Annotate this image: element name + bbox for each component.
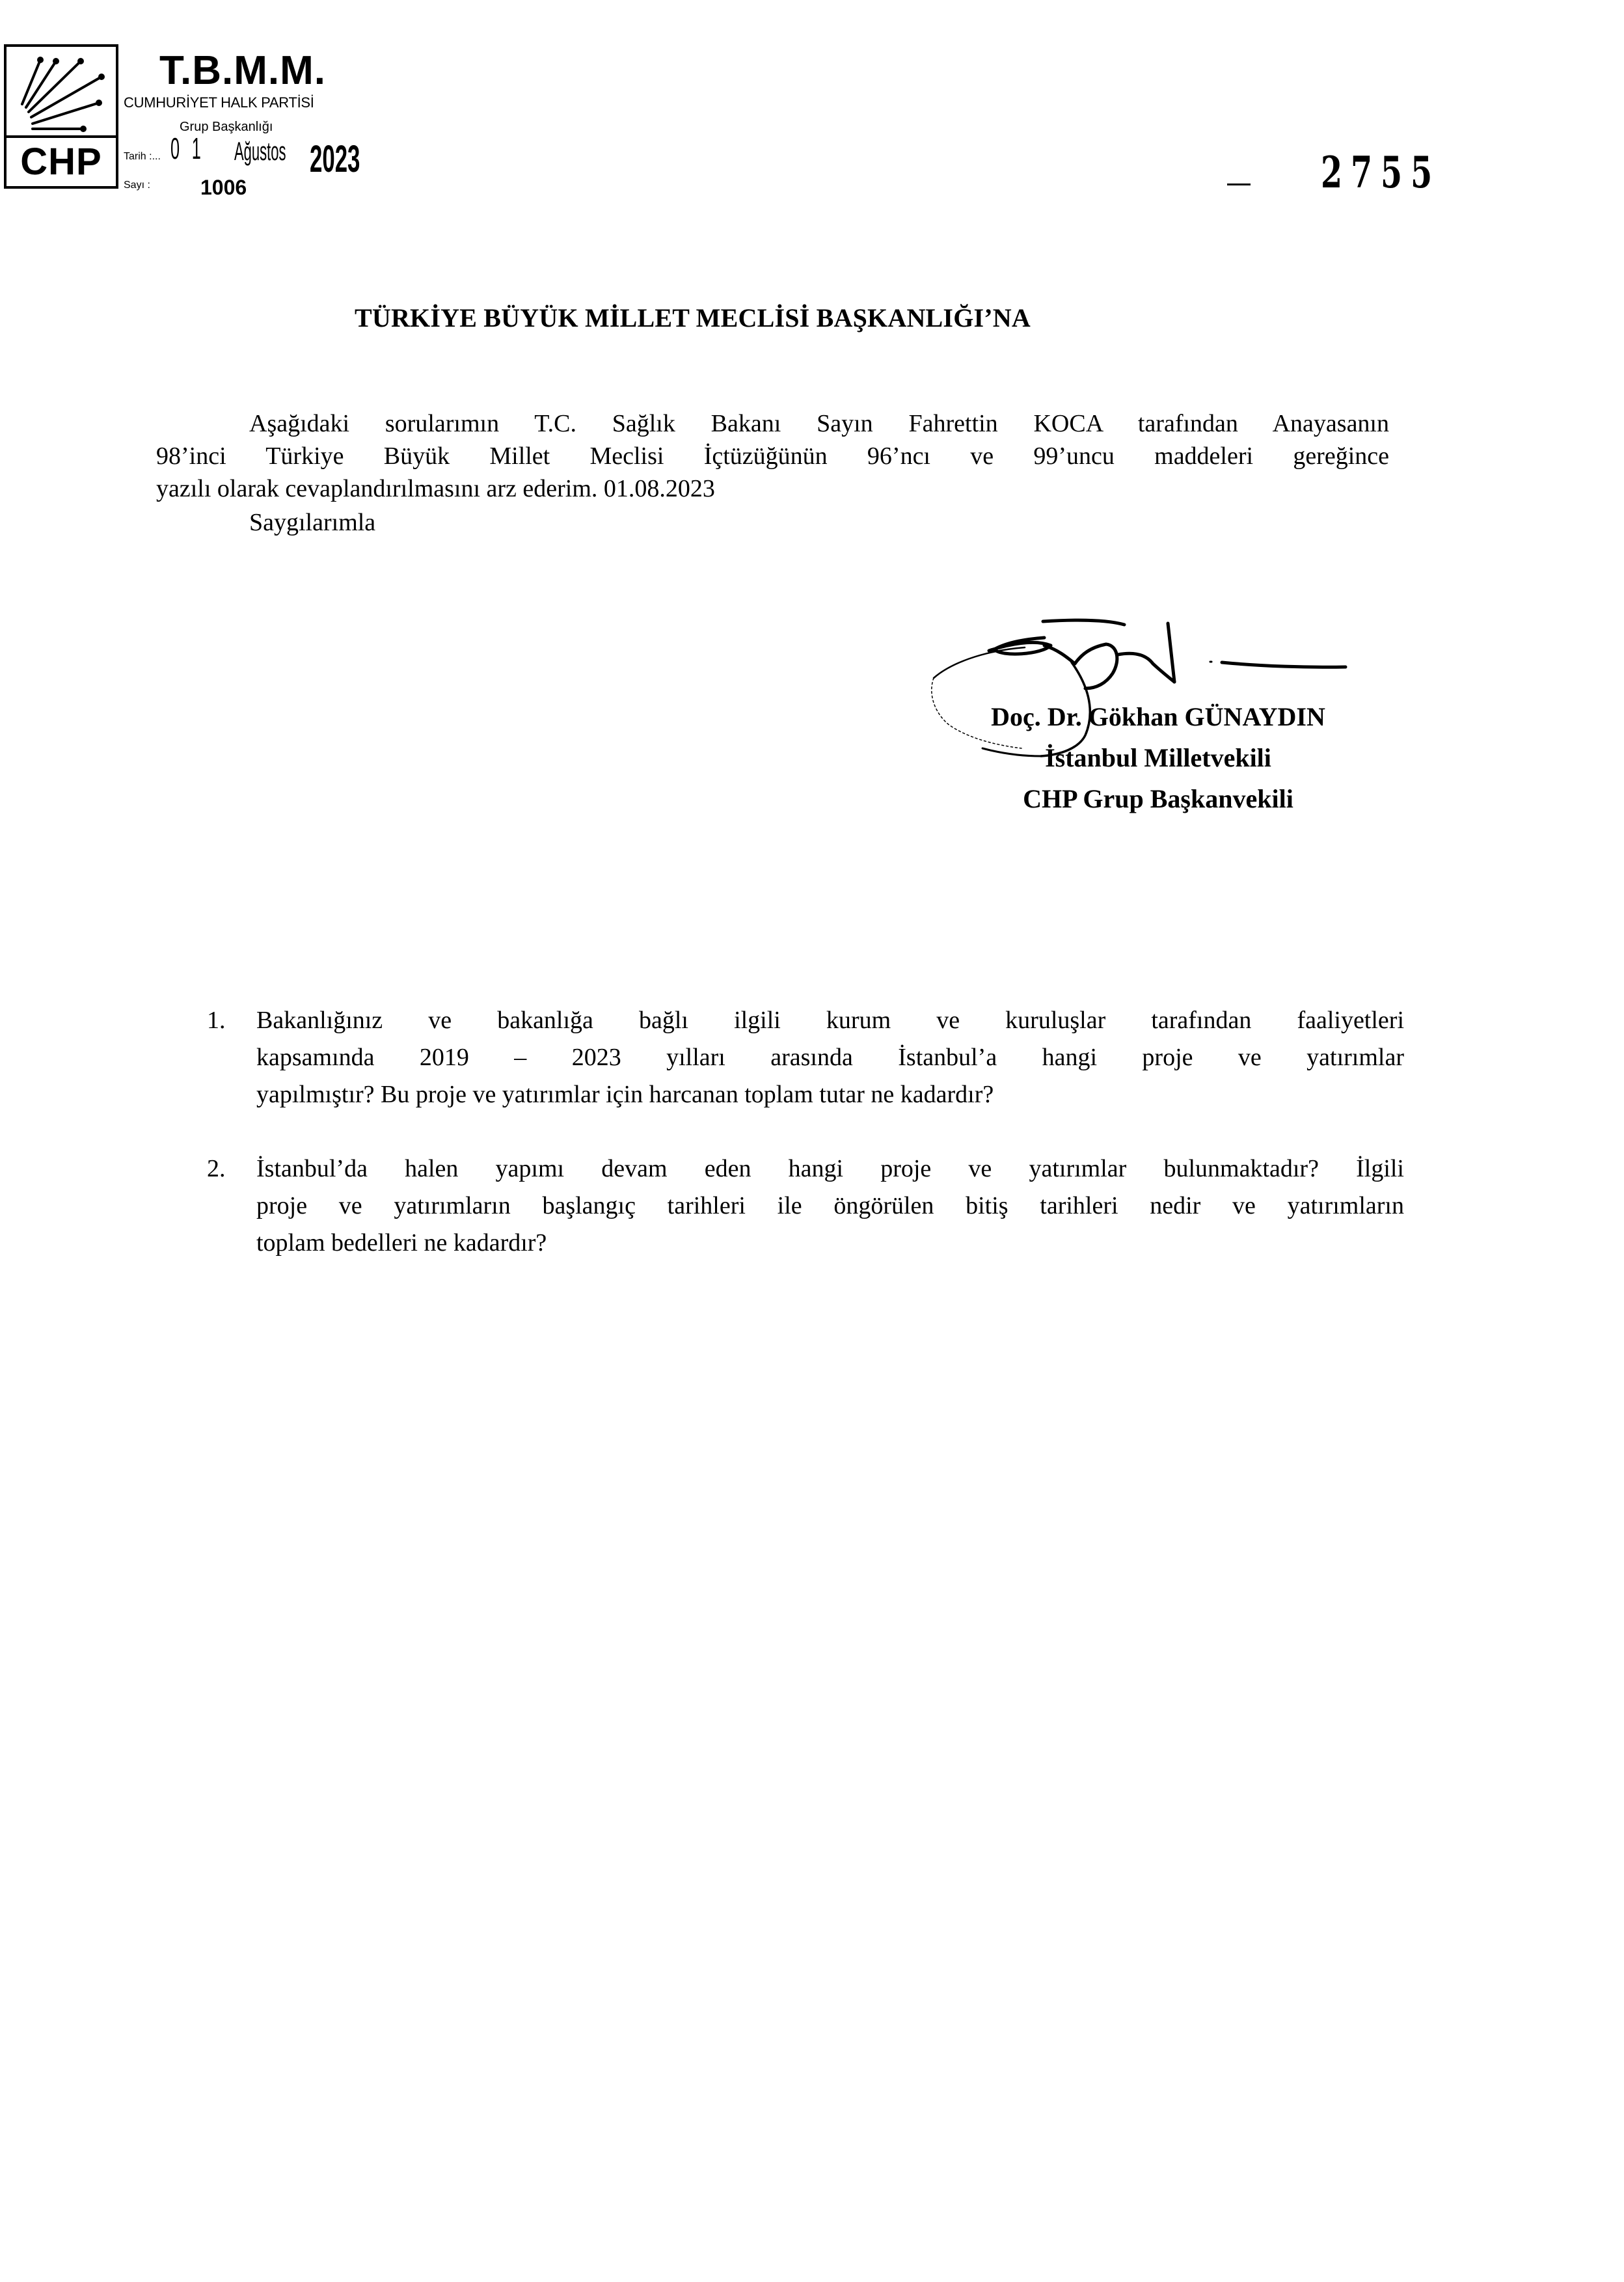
body-paragraph: Aşağıdaki sorularımın T.C. Sağlık Bakanı… (156, 407, 1389, 505)
registration-dash (1227, 183, 1251, 185)
registration-number: 2755 (1321, 151, 1441, 194)
stamp-institution: T.B.M.M. (159, 51, 326, 91)
stamp-number-value: 1006 (200, 177, 247, 198)
chp-logo: CHP (4, 44, 118, 189)
question-line: proje ve yatırımların başlangıç tarihler… (256, 1188, 1404, 1225)
closing-salutation: Saygılarımla (249, 506, 375, 539)
stamp-date-month: Ağustos (234, 138, 286, 165)
logo-emblem (7, 47, 116, 138)
question-line: toplam bedelleri ne kadardır? (256, 1225, 1404, 1262)
stamp-party-name: CUMHURİYET HALK PARTİSİ (124, 95, 314, 111)
question-line: İstanbul’da halen yapımı devam eden hang… (256, 1150, 1404, 1188)
stamp-date-label: Tarih :... (124, 151, 161, 163)
chp-six-arrows-icon (7, 47, 116, 135)
signatory-name: Doç. Dr. Gökhan GÜNAYDIN (930, 696, 1386, 737)
question-number: 1. (207, 1002, 226, 1039)
body-line: Aşağıdaki sorularımın T.C. Sağlık Bakanı… (156, 407, 1389, 440)
signatory-title: CHP Grup Başkanvekili (930, 778, 1386, 819)
logo-text: CHP (7, 138, 116, 186)
question-line: kapsamında 2019 – 2023 yılları arasında … (256, 1039, 1404, 1076)
question-line: yapılmıştır? Bu proje ve yatırımlar için… (256, 1076, 1404, 1113)
question-item: 1. Bakanlığınız ve bakanlığa bağlı ilgil… (207, 1002, 1404, 1113)
signature-block: Doç. Dr. Gökhan GÜNAYDIN İstanbul Millet… (930, 696, 1386, 819)
question-list: 1. Bakanlığınız ve bakanlığa bağlı ilgil… (207, 1002, 1404, 1299)
stamp-date-day: 01 (170, 133, 213, 164)
signatory-role: İstanbul Milletvekili (930, 737, 1386, 778)
stamp-date-year: 2023 (310, 141, 360, 178)
body-line: 98’inci Türkiye Büyük Millet Meclisi İçt… (156, 440, 1389, 472)
question-line: Bakanlığınız ve bakanlığa bağlı ilgili k… (256, 1002, 1404, 1039)
question-item: 2. İstanbul’da halen yapımı devam eden h… (207, 1150, 1404, 1262)
body-line: yazılı olarak cevaplandırılmasını arz ed… (156, 472, 1389, 505)
document-title: TÜRKİYE BÜYÜK MİLLET MECLİSİ BAŞKANLIĞI’… (355, 303, 1031, 333)
question-number: 2. (207, 1150, 226, 1188)
stamp-number-label: Sayı : (124, 180, 150, 191)
